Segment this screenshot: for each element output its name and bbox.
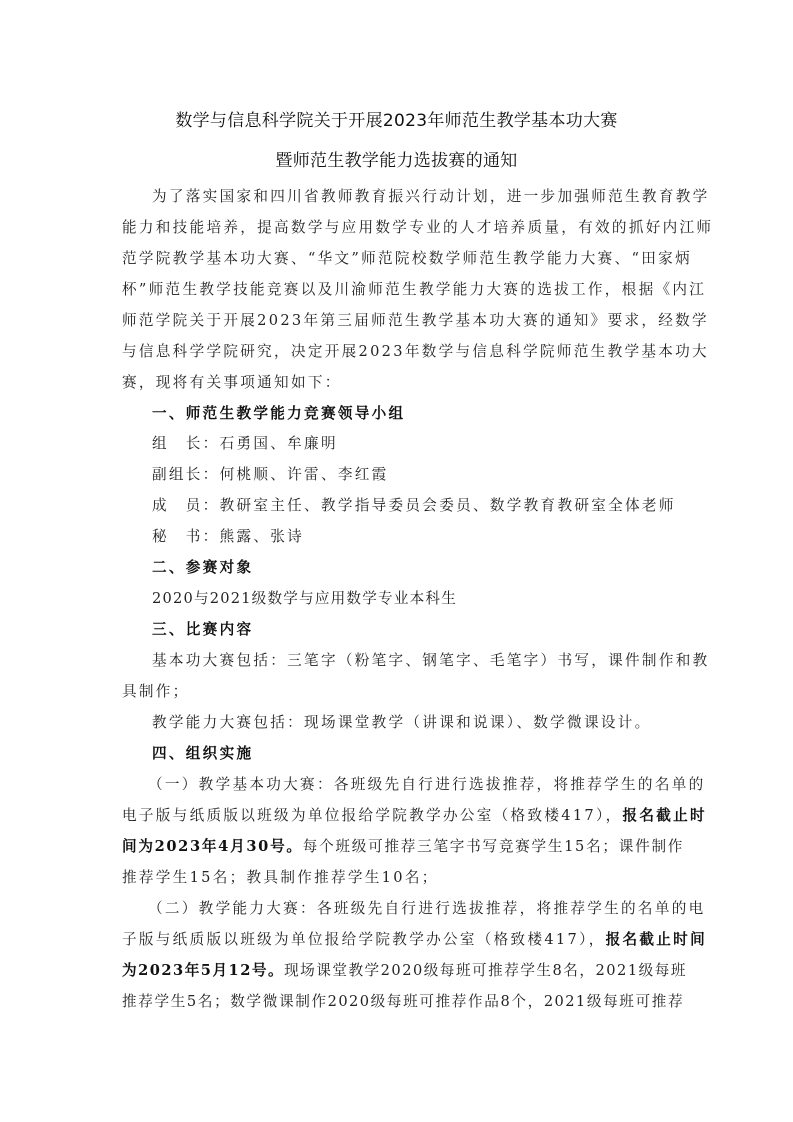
role-label: 副组长： [152,466,220,483]
section-4-heading: 四、组织实施 [152,744,684,764]
basic-skills-content-line: 基本功大赛包括：三笔字（粉笔字、钢笔字、毛笔字）书写，课件制作和教 [152,651,684,671]
teaching-ability-content: 教学能力大赛包括：现场课堂教学（讲课和说课）、数学微课设计。 [152,713,684,733]
intro-paragraph-line: 杯”师范生教学技能竞赛以及川渝师范生教学能力大赛的选拔工作，根据《内江 [122,280,684,300]
section-3-heading: 三、比赛内容 [152,620,684,640]
role-label: 成 员： [152,497,220,514]
part-1-line: 间为2023年4月30号。每个班级可推荐三笔字书写竞赛学生15名；课件制作 [122,837,684,857]
part-1-line: （一）教学基本功大赛：各班级先自行进行选拔推荐，将推荐学生的名单的 [148,775,684,795]
part-2-text: 子版与纸质版以班级为单位报给学院教学办公室（格致楼417）， [122,931,606,948]
part-1-text: 电子版与纸质版以班级为单位报给学院教学办公室（格致楼417）， [122,807,622,824]
intro-paragraph-line: 与信息科学学院研究，决定开展2023年数学与信息科学院师范生教学基本功大 [122,342,684,362]
deadline-highlight: 报名截止时间 [606,931,707,948]
section-2-heading: 二、参赛对象 [152,558,684,578]
section-1-heading: 一、师范生教学能力竞赛领导小组 [152,404,684,424]
role-names: 熊露、张诗 [220,528,304,545]
leader-group-item: 秘 书：熊露、张诗 [152,527,684,547]
role-names: 何桃顺、许雷、李红霞 [220,466,389,483]
part-2-line: 子版与纸质版以班级为单位报给学院教学办公室（格致楼417），报名截止时间 [122,930,684,950]
intro-paragraph-line: 为了落实国家和四川省教师教育振兴行动计划，进一步加强师范生教育教学 [152,187,684,207]
intro-paragraph-line: 范学院教学基本功大赛、“华文”师范院校数学师范生教学能力大赛、“田家炳 [122,249,684,269]
leader-group-item: 成 员：教研室主任、教学指导委员会委员、数学教育教研室全体老师 [152,496,684,516]
deadline-highlight: 为2023年5月12号。 [122,962,284,979]
intro-paragraph-line: 能力和技能培养，提高数学与应用数学专业的人才培养质量，有效的抓好内江师 [122,218,684,238]
role-names: 教研室主任、教学指导委员会委员、数学教育教研室全体老师 [220,497,676,514]
participants-text: 2020与2021级数学与应用数学专业本科生 [152,589,684,609]
deadline-highlight: 报名截止时 [622,807,706,824]
document-title-line-1: 数学与信息科学院关于开展2023年师范生教学基本功大赛 [0,106,793,131]
role-label: 组 长： [152,435,220,452]
leader-group-item: 副组长：何桃顺、许雷、李红霞 [152,465,684,485]
document-page: 数学与信息科学院关于开展2023年师范生教学基本功大赛 暨师范生教学能力选拔赛的… [0,0,793,1122]
part-2-text: 现场课堂教学2020级每班可推荐学生8名，2021级每班 [284,962,687,979]
role-label: 秘 书： [152,528,220,545]
part-1-line: 电子版与纸质版以班级为单位报给学院教学办公室（格致楼417），报名截止时 [122,806,684,826]
document-title-line-2: 暨师范生教学能力选拔赛的通知 [0,146,793,171]
intro-paragraph-line: 赛，现将有关事项通知如下： [122,373,684,393]
part-2-line: 为2023年5月12号。现场课堂教学2020级每班可推荐学生8名，2021级每班 [122,961,684,981]
intro-paragraph-line: 师范学院关于开展2023年第三届师范生教学基本功大赛的通知》要求，经数学 [122,311,684,331]
deadline-highlight: 间为2023年4月30号。 [122,838,303,855]
role-names: 石勇国、牟廉明 [220,435,338,452]
part-1-line: 推荐学生15名；教具制作推荐学生10名； [122,868,684,888]
part-1-text: 每个班级可推荐三笔字书写竞赛学生15名；课件制作 [303,838,684,855]
part-2-line: （二）教学能力大赛：各班级先自行进行选拔推荐，将推荐学生的名单的电 [148,899,684,919]
basic-skills-content-line: 具制作； [122,682,684,702]
part-2-line: 推荐学生5名；数学微课制作2020级每班可推荐作品8个，2021级每班可推荐 [122,992,684,1012]
leader-group-item: 组 长：石勇国、牟廉明 [152,434,684,454]
